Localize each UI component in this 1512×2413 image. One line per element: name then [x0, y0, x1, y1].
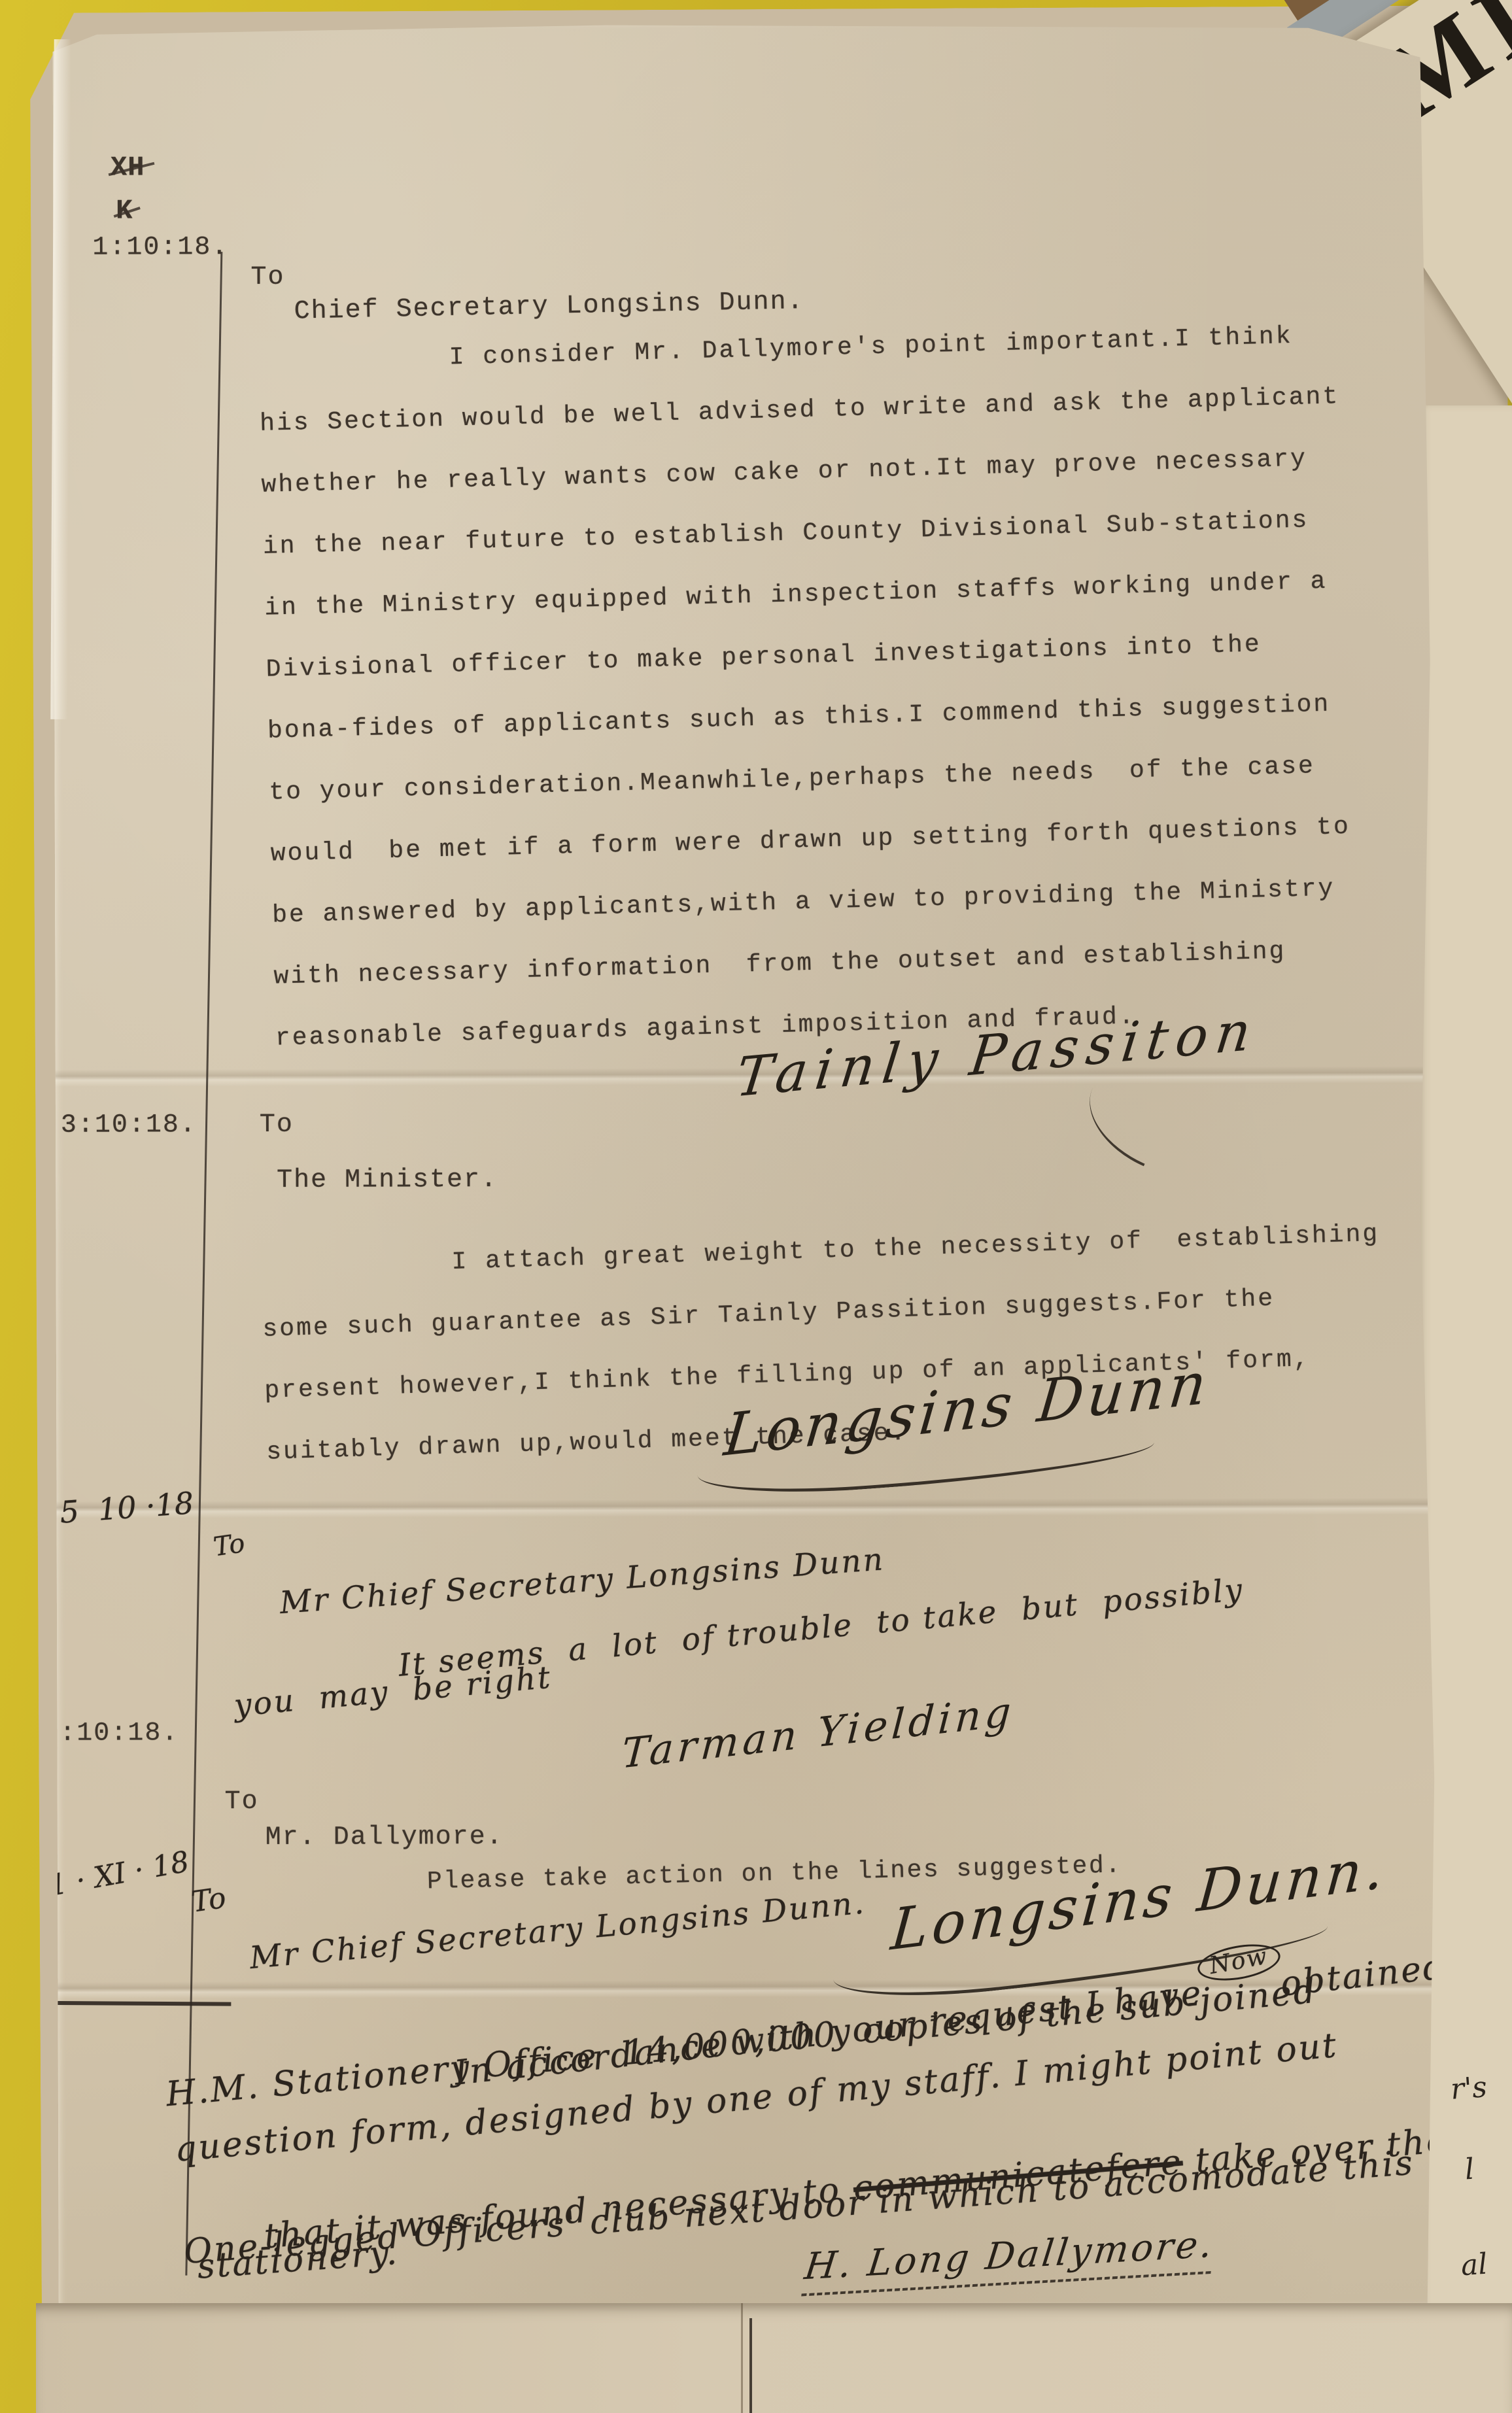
minute4-to-label: To	[224, 1787, 258, 1817]
signature-flourish	[1072, 1088, 1164, 1167]
flap-crease	[741, 2303, 743, 2413]
minute1-to-label: To	[250, 263, 284, 292]
edge-fragment: r's	[1449, 2070, 1488, 2106]
flap-ink-line	[749, 2318, 752, 2413]
edge-fragment: al	[1460, 2248, 1488, 2283]
minute2-to-label: To	[260, 1110, 294, 1140]
fold-crease	[56, 1497, 1436, 1518]
minute1-date: 1:10:18.	[92, 233, 228, 263]
sheet-left-torn-edge	[50, 39, 71, 719]
under-page-right	[1418, 405, 1512, 2413]
photo-of-minute-sheet: MIN r's l al XH K 1:10:18. To Chief Secr…	[0, 0, 1512, 2413]
minute3-signature: Tarman Yielding	[621, 1687, 1016, 1778]
margin-rule-line	[185, 252, 222, 2276]
minute4-recipient: Mr. Dallymore.	[266, 1823, 504, 1853]
minute3-date: 5 10 ·18	[59, 1485, 195, 1530]
minute1-body: I consider Mr. Dallymore's point importa…	[258, 303, 1427, 1069]
minute5-to-label: To	[190, 1881, 228, 1919]
hand-note-line: you may be right	[233, 1660, 554, 1724]
minute4-date: 9:10:18.	[43, 1719, 179, 1749]
minute5-recipient: Mr Chief Secretary Longsins Dunn.	[249, 1885, 867, 1976]
minute2-date: 3:10:18.	[61, 1110, 197, 1140]
minute3-to-label: To	[211, 1528, 247, 1562]
minute3-recipient: Mr Chief Secretary Longsins Dunn	[279, 1541, 886, 1621]
left-horizontal-rule	[2, 2000, 231, 2006]
bottom-flap-sheet	[36, 2303, 1512, 2413]
minute2-recipient: The Minister.	[277, 1165, 498, 1195]
main-minute-sheet: XH K 1:10:18. To Chief Secretary Longsin…	[52, 23, 1438, 2307]
